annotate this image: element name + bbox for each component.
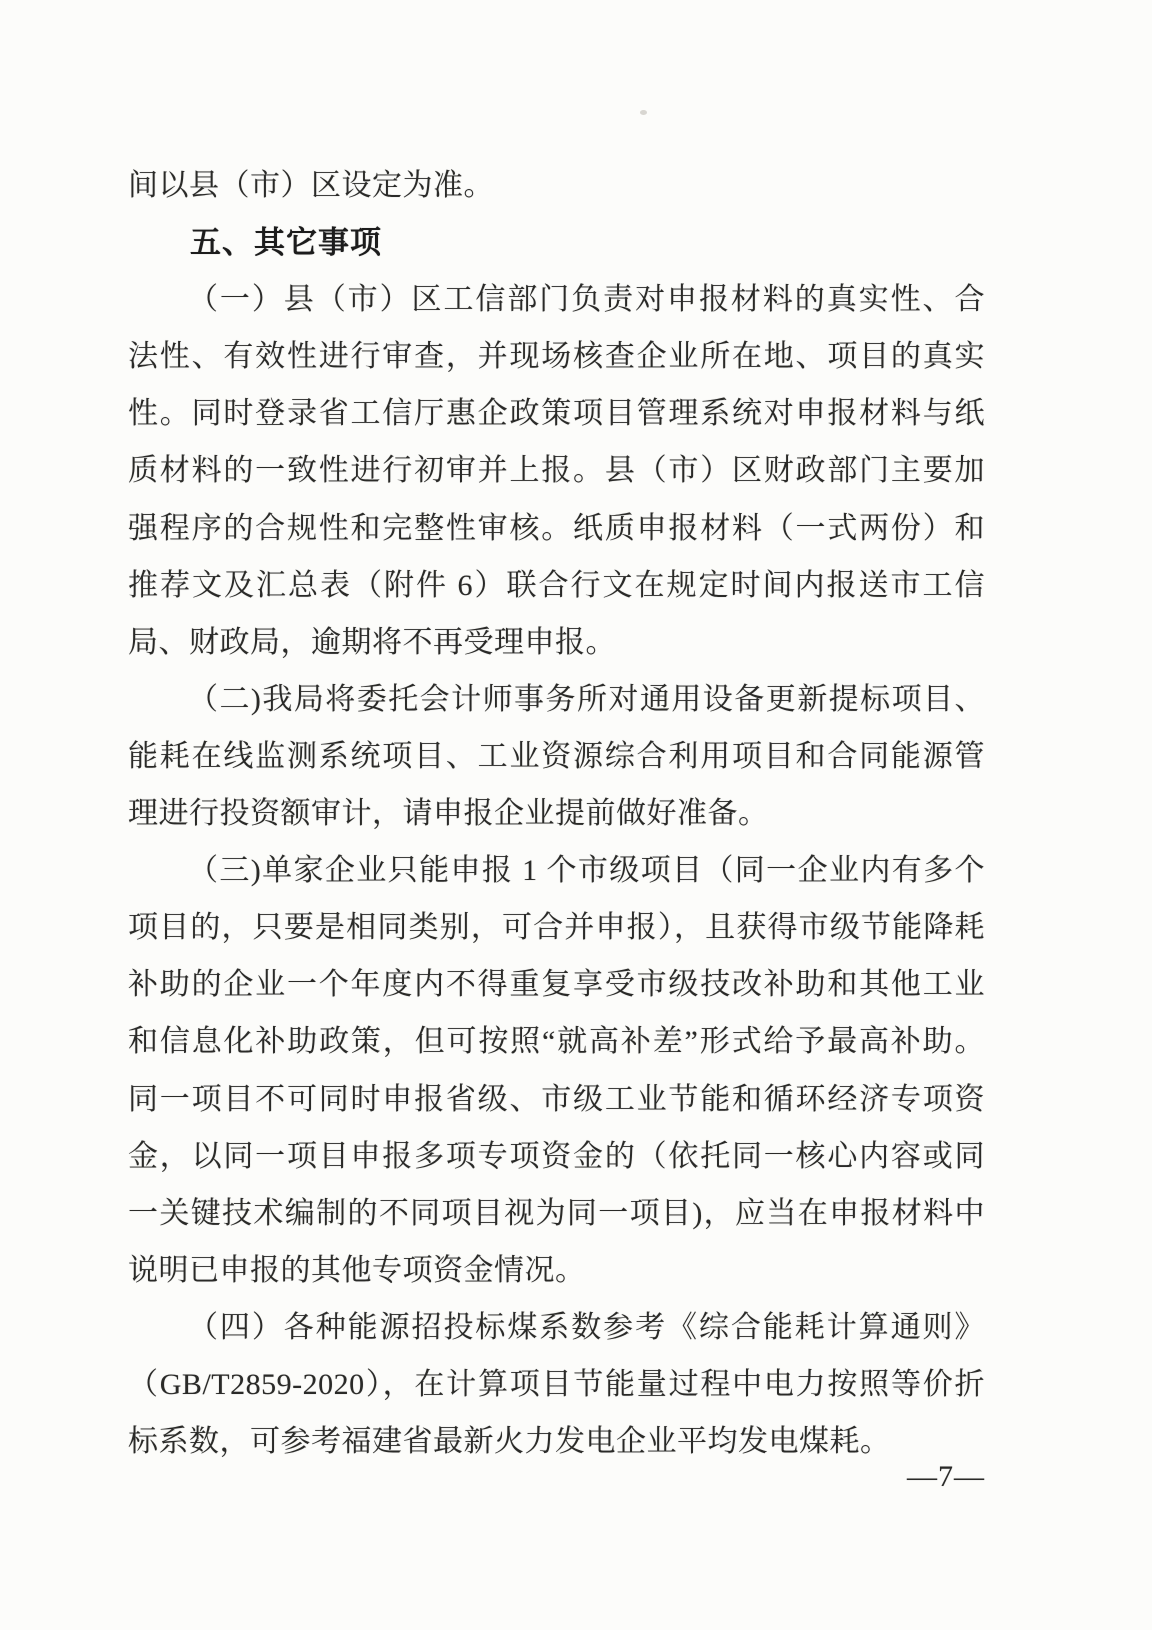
text-line: 质材料的一致性进行初审并上报。县（市）区财政部门主要加 — [128, 442, 985, 499]
text-line: 局、财政局，逾期将不再受理申报。 — [128, 614, 985, 671]
text-line: （一）县（市）区工信部门负责对申报材料的真实性、合 — [128, 271, 985, 328]
text-line: 金，以同一项目申报多项专项资金的（依托同一核心内容或同 — [128, 1128, 985, 1185]
text-line: 项目的，只要是相同类别，可合并申报），且获得市级节能降耗 — [128, 899, 985, 956]
text-line: （二)我局将委托会计师事务所对通用设备更新提标项目、 — [128, 671, 985, 728]
text-line: 一关键技术编制的不同项目视为同一项目)，应当在申报材料中 — [128, 1185, 985, 1242]
text-line: 法性、有效性进行审查，并现场核查企业所在地、项目的真实 — [128, 328, 985, 385]
section-heading: 五、其它事项 — [128, 214, 985, 271]
text-line: 推荐文及汇总表（附件 6）联合行文在规定时间内报送市工信 — [128, 557, 985, 614]
document-page: 间以县（市）区设定为准。 五、其它事项 （一）县（市）区工信部门负责对申报材料的… — [0, 0, 1152, 1630]
text-line: 同一项目不可同时申报省级、市级工业节能和循环经济专项资 — [128, 1071, 985, 1128]
text-line: 间以县（市）区设定为准。 — [128, 157, 985, 214]
page-number: —7— — [128, 1460, 985, 1494]
text-line: （GB/T2859-2020），在计算项目节能量过程中电力按照等价折 — [128, 1356, 985, 1413]
text-line: 说明已申报的其他专项资金情况。 — [128, 1242, 985, 1299]
text-line: 能耗在线监测系统项目、工业资源综合利用项目和合同能源管 — [128, 728, 985, 785]
scan-speck-artifact — [640, 110, 647, 115]
text-line: （三)单家企业只能申报 1 个市级项目（同一企业内有多个 — [128, 842, 985, 899]
text-line: 性。同时登录省工信厅惠企政策项目管理系统对申报材料与纸 — [128, 385, 985, 442]
text-line: 理进行投资额审计，请申报企业提前做好准备。 — [128, 785, 985, 842]
text-line: 强程序的合规性和完整性审核。纸质申报材料（一式两份）和 — [128, 500, 985, 557]
text-line: 和信息化补助政策，但可按照“就高补差”形式给予最高补助。 — [128, 1013, 985, 1070]
document-body: 间以县（市）区设定为准。 五、其它事项 （一）县（市）区工信部门负责对申报材料的… — [128, 157, 985, 1470]
text-line: 补助的企业一个年度内不得重复享受市级技改补助和其他工业 — [128, 956, 985, 1013]
text-line: （四）各种能源招投标煤系数参考《综合能耗计算通则》 — [128, 1299, 985, 1356]
